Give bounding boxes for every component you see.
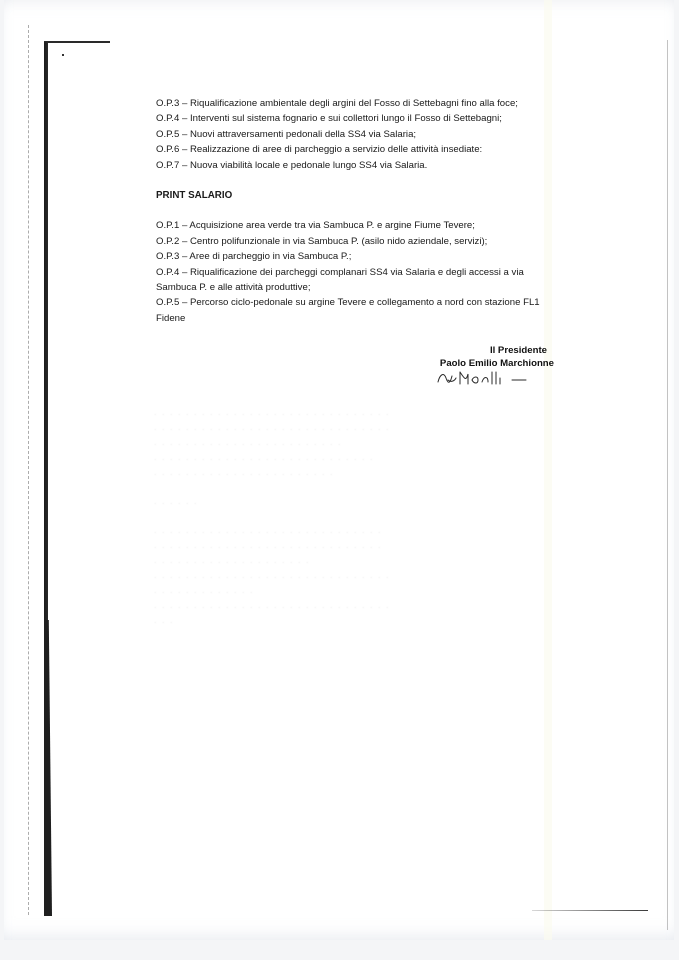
bottom-rule [532,910,648,911]
signature-block: Il Presidente Paolo Emilio Marchionne [424,344,554,370]
scanned-page: O.P.3 – Riqualificazione ambientale degl… [4,0,674,940]
list-item: O.P.3 – Aree di parcheggio in via Sambuc… [156,249,576,264]
list-item: O.P.5 – Percorso ciclo-pedonale su argin… [156,295,556,326]
handwritten-signature-icon [434,368,554,388]
section-title: PRINT SALARIO [156,188,576,203]
signature-role: Il Presidente [424,344,554,357]
list-item: O.P.4 – Interventi sul sistema fognario … [156,111,576,126]
list-item: O.P.4 – Riqualificazione dei parcheggi c… [156,265,548,296]
document-body: O.P.3 – Riqualificazione ambientale degl… [156,96,576,326]
corner-dot [62,54,64,56]
top-corner-mark [44,41,110,43]
list-item: O.P.2 – Centro polifunzionale in via Sam… [156,234,576,249]
left-dotted-edge [28,25,29,915]
list-item: O.P.5 – Nuovi attraversamenti pedonali d… [156,127,576,142]
previous-section-list: O.P.3 – Riqualificazione ambientale degl… [156,96,576,173]
list-item: O.P.3 – Riqualificazione ambientale degl… [156,96,576,111]
bleed-through-text: . . . . . . . . . . . . . . . . . . . . … [154,405,554,628]
list-item: O.P.7 – Nuova viabilità locale e pedonal… [156,158,576,173]
list-item: O.P.6 – Realizzazione di aree di parcheg… [156,142,576,157]
section-list: O.P.1 – Acquisizione area verde tra via … [156,218,576,326]
left-margin-bar-thick [44,620,52,916]
right-page-edge [667,40,668,930]
list-item: O.P.1 – Acquisizione area verde tra via … [156,218,576,233]
